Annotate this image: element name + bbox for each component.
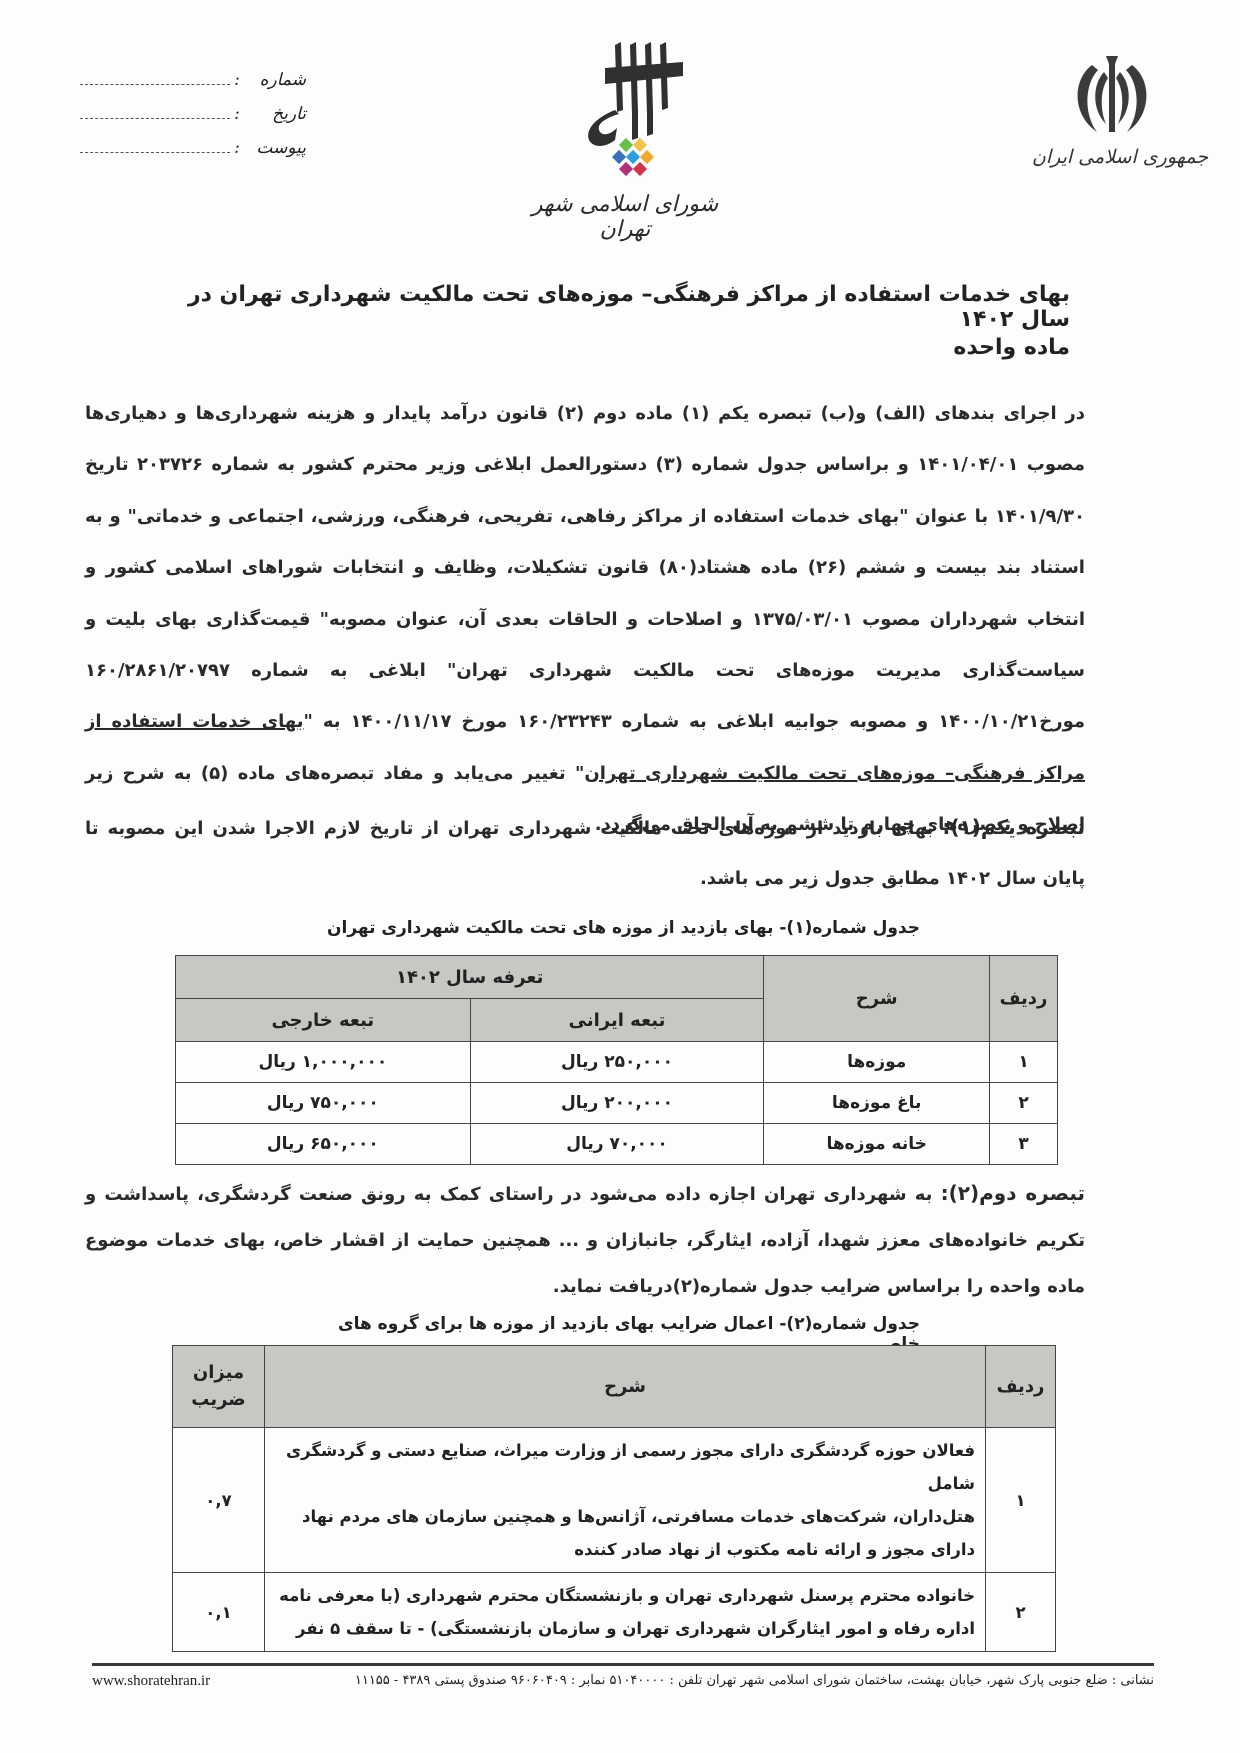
meta-number-field (80, 75, 230, 85)
cell-description: موزه‌ها (764, 1042, 990, 1083)
cell-foreign-price: ۶۵۰,۰۰۰ ریال (176, 1124, 471, 1165)
cell-coefficient: ۰,۱ (173, 1573, 265, 1652)
table-row: ۳ خانه موزه‌ها ۷۰,۰۰۰ ریال ۶۵۰,۰۰۰ ریال (176, 1124, 1058, 1165)
cell-description-body: خانواده محترم پرسنل شهرداری تهران و بازن… (275, 1579, 975, 1645)
header-iranian-citizen: تبعه ایرانی (470, 999, 764, 1042)
meta-attachment-label: پیوست (244, 138, 306, 158)
cell-foreign-price: ۷۵۰,۰۰۰ ریال (176, 1083, 471, 1124)
special-groups-coefficient-table: ردیف شرح میزان ضریب ۱ فعالان حوزه گردشگر… (172, 1345, 1056, 1652)
cell-iranian-price: ۲۵۰,۰۰۰ ریال (470, 1042, 764, 1083)
note-one-text: بهای بازدید از موزه‌های تحت مالکیت شهردا… (85, 818, 1085, 889)
colored-diamonds (612, 138, 654, 176)
museum-fee-table: ردیف شرح تعرفه سال ۱۴۰۲ تبعه ایرانی تبعه… (175, 955, 1058, 1165)
cell-row-number: ۲ (990, 1083, 1058, 1124)
main-paragraph: در اجرای بندهای (الف) و(ب) تبصره یکم (۱)… (85, 388, 1085, 851)
section-title: ماده واحده (700, 335, 1070, 360)
note-one-label: تبصره یکم(۱): (942, 815, 1085, 839)
cell-coefficient: ۰,۷ (173, 1428, 265, 1573)
paragraph-text-part1: در اجرای بندهای (الف) و(ب) تبصره یکم (۱)… (85, 403, 1085, 732)
table-row: ۲ خانواده محترم پرسنل شهرداری تهران و با… (173, 1573, 1056, 1652)
document-page: شماره : تاریخ : پیوست : (0, 0, 1240, 1753)
header-description: شرح (764, 956, 990, 1042)
cell-description: باغ موزه‌ها (764, 1083, 990, 1124)
note-two-label: تبصره دوم(۲): (941, 1181, 1085, 1205)
meta-number-row: شماره : (76, 70, 306, 104)
iran-emblem: جمهوری اسلامی ایران (1020, 50, 1220, 180)
meta-attachment-field (80, 143, 230, 153)
header-coefficient-line2: ضریب (173, 1387, 264, 1413)
cell-row-number: ۱ (990, 1042, 1058, 1083)
letter-meta-fields: شماره : تاریخ : پیوست : (76, 70, 306, 172)
table-row: ۱ موزه‌ها ۲۵۰,۰۰۰ ریال ۱,۰۰۰,۰۰۰ ریال (176, 1042, 1058, 1083)
table-row: ۱ فعالان حوزه گردشگری دارای مجوز رسمی از… (173, 1428, 1056, 1573)
meta-date-label: تاریخ (244, 104, 306, 124)
meta-date-row: تاریخ : (76, 104, 306, 138)
cell-description-body: هتل‌داران، شرکت‌های خدمات مسافرتی، آژانس… (275, 1500, 975, 1566)
header-description: شرح (264, 1346, 985, 1428)
table1-caption: جدول شماره(۱)- بهای بازدید از موزه های ت… (300, 918, 920, 938)
cell-row-number: ۱ (986, 1428, 1056, 1573)
meta-attachment-row: پیوست : (76, 138, 306, 172)
meta-colon: : (230, 70, 244, 90)
header-row-number: ردیف (986, 1346, 1056, 1428)
footer-divider (92, 1663, 1154, 1666)
cell-iranian-price: ۲۰۰,۰۰۰ ریال (470, 1083, 764, 1124)
country-name: جمهوری اسلامی ایران (1020, 146, 1220, 168)
cell-description: خانه موزه‌ها (764, 1124, 990, 1165)
meta-date-field (80, 109, 230, 119)
meta-colon: : (230, 138, 244, 158)
cell-row-number: ۳ (990, 1124, 1058, 1165)
cell-row-number: ۲ (986, 1573, 1056, 1652)
cell-iranian-price: ۷۰,۰۰۰ ریال (470, 1124, 764, 1165)
header-foreign-citizen: تبعه خارجی (176, 999, 471, 1042)
council-logo: شورای اسلامی شهر تهران (505, 40, 745, 230)
footer-website-link[interactable]: www.shoratehran.ir (92, 1673, 210, 1690)
cell-foreign-price: ۱,۰۰۰,۰۰۰ ریال (176, 1042, 471, 1083)
table-row: ۲ باغ موزه‌ها ۲۰۰,۰۰۰ ریال ۷۵۰,۰۰۰ ریال (176, 1083, 1058, 1124)
meta-number-label: شماره (244, 70, 306, 90)
header-coefficient-line1: میزان (173, 1360, 264, 1386)
cell-description: فعالان حوزه گردشگری دارای مجوز رسمی از و… (264, 1428, 985, 1573)
council-name: شورای اسلامی شهر تهران (505, 192, 745, 242)
meta-colon: : (230, 104, 244, 124)
document-title: بهای خدمات استفاده از مراکز فرهنگی– موزه… (150, 282, 1070, 332)
header-row-number: ردیف (990, 956, 1058, 1042)
national-emblem-icon (1062, 50, 1162, 140)
council-calligraphy-icon (575, 40, 685, 190)
cell-description: خانواده محترم پرسنل شهرداری تهران و بازن… (264, 1573, 985, 1652)
header-coefficient: میزان ضریب (173, 1346, 265, 1428)
note-two: تبصره دوم(۲): به شهرداری تهران اجازه داد… (85, 1170, 1085, 1310)
note-one: تبصره یکم(۱): بهای بازدید از موزه‌های تح… (85, 802, 1085, 904)
cell-description-lead: فعالان حوزه گردشگری دارای مجوز رسمی از و… (275, 1434, 975, 1500)
note-two-text: به شهرداری تهران اجازه داده می‌شود در را… (85, 1184, 1085, 1297)
footer-address: نشانی : ضلع جنوبی پارک شهر، خیابان بهشت،… (92, 1673, 1154, 1688)
header-tariff-group: تعرفه سال ۱۴۰۲ (176, 956, 764, 999)
